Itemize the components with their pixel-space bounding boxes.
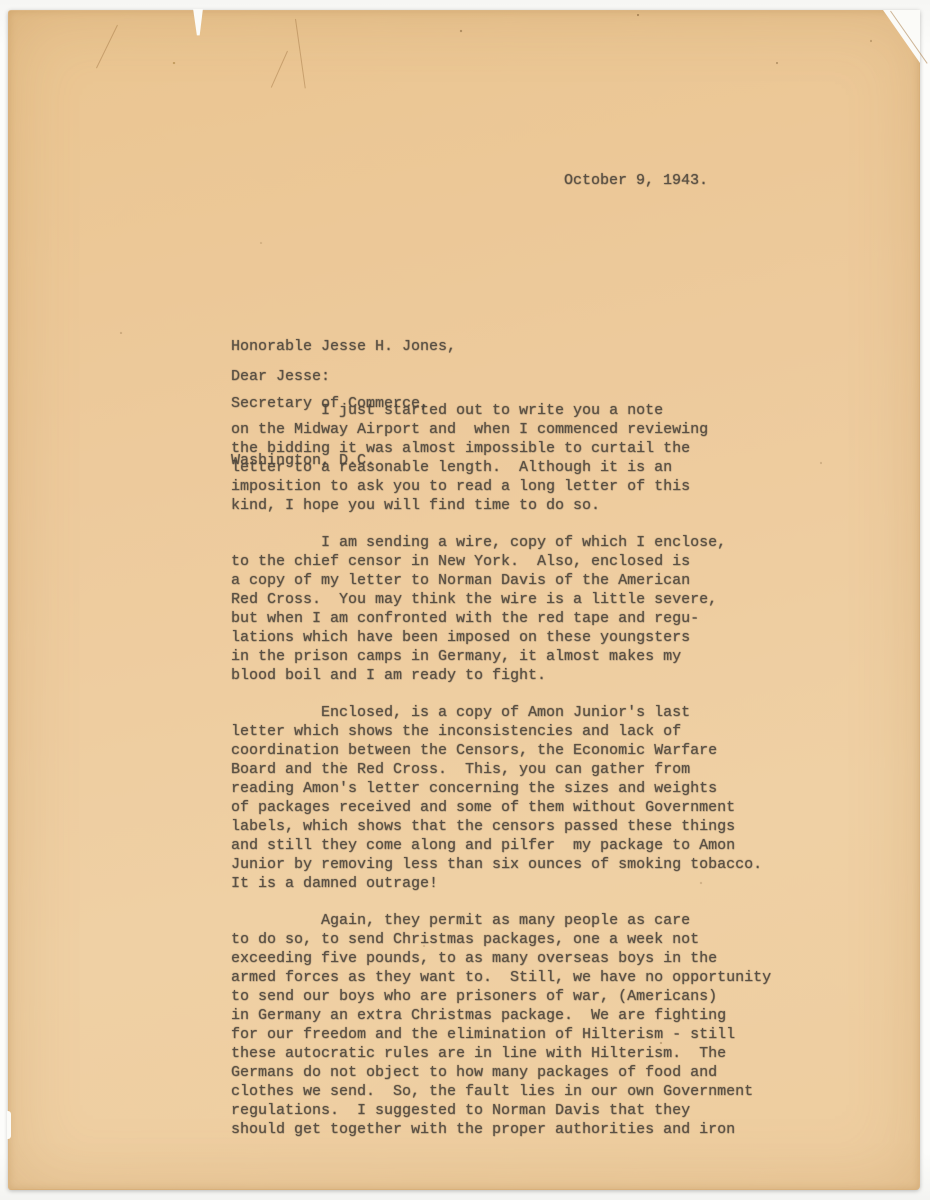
date-line: October 9, 1943. <box>564 171 708 190</box>
paper-crack <box>271 51 288 88</box>
recipient-line-name: Honorable Jesse H. Jones, <box>231 337 456 356</box>
scan-background: October 9, 1943. Honorable Jesse H. Jone… <box>0 0 930 1200</box>
paper-edge-notch <box>7 1111 11 1139</box>
letter-paragraph: Again, they permit as many people as car… <box>231 911 831 1139</box>
paper-tear <box>191 9 205 39</box>
paper-crack <box>96 25 118 69</box>
letter-paragraph: I just started out to write you a note o… <box>231 401 831 515</box>
paper-crack <box>295 19 306 88</box>
paper-corner-tear <box>883 10 920 63</box>
letter-paragraph: I am sending a wire, copy of which I enc… <box>231 533 831 685</box>
letter-page: October 9, 1943. Honorable Jesse H. Jone… <box>8 10 920 1190</box>
letter-body: I just started out to write you a note o… <box>231 401 831 1157</box>
letter-paragraph: Enclosed, is a copy of Amon Junior's las… <box>231 703 831 893</box>
salutation: Dear Jesse: <box>231 367 330 386</box>
